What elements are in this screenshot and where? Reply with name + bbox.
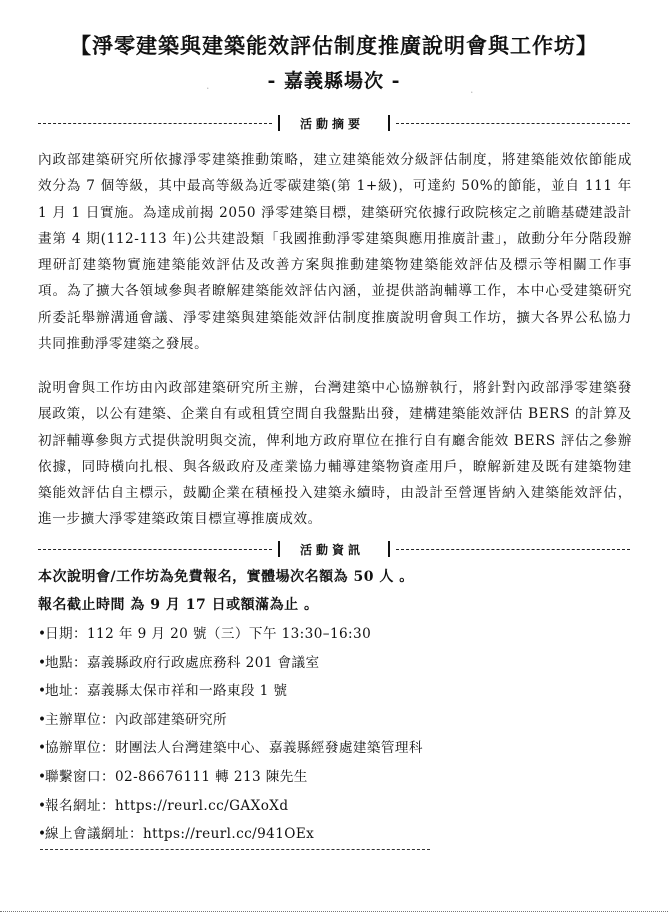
info-value: 內政部建築研究所	[115, 712, 227, 728]
separator: ：	[73, 683, 87, 699]
flyer-page: 【淨零建築與建築能效評估制度推廣說明會與工作坊】 - 嘉義縣場次 - · · 活…	[0, 0, 668, 920]
info-item-organizer: •主辦單位：內政部建築研究所	[38, 706, 638, 735]
info-item-online-meeting-url: •線上會議網址：https://reurl.cc/941OEx	[38, 820, 638, 849]
info-item-date: •日期：112 年 9 月 20 號（三）下午 13:30–16:30	[38, 620, 638, 649]
summary-paragraph-1: 內政部建築研究所依據淨零建築推動策略，建立建築能效分級評估制度，將建築能效依節能…	[38, 147, 632, 357]
info-value: 02-86676111 轉 213 陳先生	[115, 769, 308, 785]
summary-paragraph-2: 說明會與工作坊由內政部建築研究所主辦，台灣建築中心協辦執行，將針對內政部淨零建築…	[38, 375, 632, 533]
scan-noise: ·	[206, 82, 210, 95]
divider-bar	[388, 115, 390, 131]
bullet-icon: •	[38, 620, 45, 649]
separator: ：	[101, 798, 115, 814]
info-item-registration-url: •報名網址：https://reurl.cc/GAXoXd	[38, 792, 638, 821]
scan-edge-line	[0, 911, 668, 912]
info-item-venue: •地點：嘉義縣政府行政處庶務科 201 會議室	[38, 649, 638, 678]
info-label: 地址	[45, 683, 73, 699]
info-label: 日期	[45, 626, 73, 642]
dashed-rule	[38, 123, 272, 124]
separator: ：	[73, 626, 87, 642]
bullet-icon: •	[38, 792, 45, 821]
section-heading-summary: 活動摘要	[286, 115, 382, 132]
divider-bar	[278, 541, 280, 557]
section-heading-info: 活動資訊	[286, 541, 382, 558]
separator: ：	[101, 712, 115, 728]
bullet-icon: •	[38, 706, 45, 735]
info-label: 報名網址	[45, 798, 101, 814]
info-item-co-organizer: •協辦單位：財團法人台灣建築中心、嘉義縣經發處建築管理科	[38, 734, 638, 763]
bullet-icon: •	[38, 734, 45, 763]
info-value: 112 年 9 月 20 號（三）下午 13:30–16:30	[87, 626, 371, 642]
section-divider-info: 活動資訊	[38, 540, 630, 558]
separator: ：	[73, 655, 87, 671]
bullet-icon: •	[38, 820, 45, 849]
info-value: 嘉義縣太保市祥和一路東段 1 號	[87, 683, 287, 699]
info-value: 嘉義縣政府行政處庶務科 201 會議室	[87, 655, 320, 671]
closing-dashed-rule	[40, 849, 430, 850]
document-title: 【淨零建築與建築能效評估制度推廣說明會與工作坊】	[0, 32, 668, 60]
info-label: 線上會議網址	[45, 826, 129, 842]
info-item-address: •地址：嘉義縣太保市祥和一路東段 1 號	[38, 677, 638, 706]
event-info-list: •日期：112 年 9 月 20 號（三）下午 13:30–16:30 •地點：…	[38, 620, 638, 849]
bullet-icon: •	[38, 763, 45, 792]
info-label: 聯繫窗口	[45, 769, 101, 785]
divider-bar	[278, 115, 280, 131]
separator: ：	[101, 740, 115, 756]
info-label: 地點	[45, 655, 73, 671]
registration-notice: 本次說明會/工作坊為免費報名，實體場次名額為 50 人 。	[38, 564, 414, 590]
deadline-notice: 報名截止時間 為 9 月 17 日或額滿為止 。	[38, 592, 318, 618]
section-divider-summary: 活動摘要	[38, 114, 630, 132]
info-label: 主辦單位	[45, 712, 101, 728]
registration-link[interactable]: https://reurl.cc/GAXoXd	[115, 798, 289, 814]
divider-bar	[388, 541, 390, 557]
bullet-icon: •	[38, 677, 45, 706]
info-item-contact: •聯繫窗口：02-86676111 轉 213 陳先生	[38, 763, 638, 792]
scan-noise: ·	[470, 86, 474, 99]
info-value: 財團法人台灣建築中心、嘉義縣經發處建築管理科	[115, 740, 423, 756]
online-meeting-link[interactable]: https://reurl.cc/941OEx	[143, 826, 314, 842]
separator: ：	[101, 769, 115, 785]
dashed-rule	[396, 549, 630, 550]
bullet-icon: •	[38, 649, 45, 678]
dashed-rule	[396, 123, 630, 124]
dashed-rule	[38, 549, 272, 550]
separator: ：	[129, 826, 143, 842]
document-subtitle: - 嘉義縣場次 -	[0, 68, 668, 94]
info-label: 協辦單位	[45, 740, 101, 756]
